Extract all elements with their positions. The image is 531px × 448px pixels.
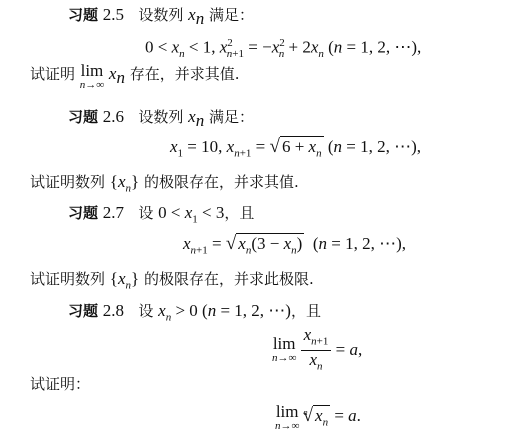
problem-2-5-conclusion: 试证明 limn→∞ xn 存在，并求其值. [30, 64, 240, 92]
problem-2-6-heading: 习题 2.6 设数列 xn 满足： [68, 107, 254, 131]
problem-2-8-conclusion: 试证明： [30, 374, 90, 394]
problem-2-8-heading: 习题 2.8 设 xn > 0 (n = 1, 2, ⋯)，且 [68, 301, 321, 327]
problem-2-7-formula: xn+1 = √xn(3 − xn) (n = 1, 2, ⋯), [183, 234, 406, 260]
problem-label: 习题 [68, 6, 98, 24]
problem-2-5-heading: 习题 2.5 设数列 xn 满足： [68, 5, 254, 29]
problem-2-5-formula: 0 < xn < 1, x2n+1 = −x2n + 2xn (n = 1, 2… [145, 33, 421, 64]
problem-2-6-formula: x1 = 10, xn+1 = √6 + xn (n = 1, 2, ⋯), [170, 137, 421, 163]
limit-operator: limn→∞ [80, 64, 104, 92]
problem-2-8-result: limn→∞ n√xn = a. [275, 405, 361, 433]
problem-2-8-formula: limn→∞ xn+1xn = a, [272, 326, 362, 376]
problem-2-7-conclusion: 试证明数列 {xn} 的极限存在，并求此极限. [30, 269, 314, 295]
problem-2-7-heading: 习题 2.7 设 0 < x1 < 3，且 [68, 203, 254, 229]
problem-2-6-conclusion: 试证明数列 {xn} 的极限存在，并求其值. [30, 172, 299, 198]
problem-number: 2.5 [103, 5, 124, 24]
